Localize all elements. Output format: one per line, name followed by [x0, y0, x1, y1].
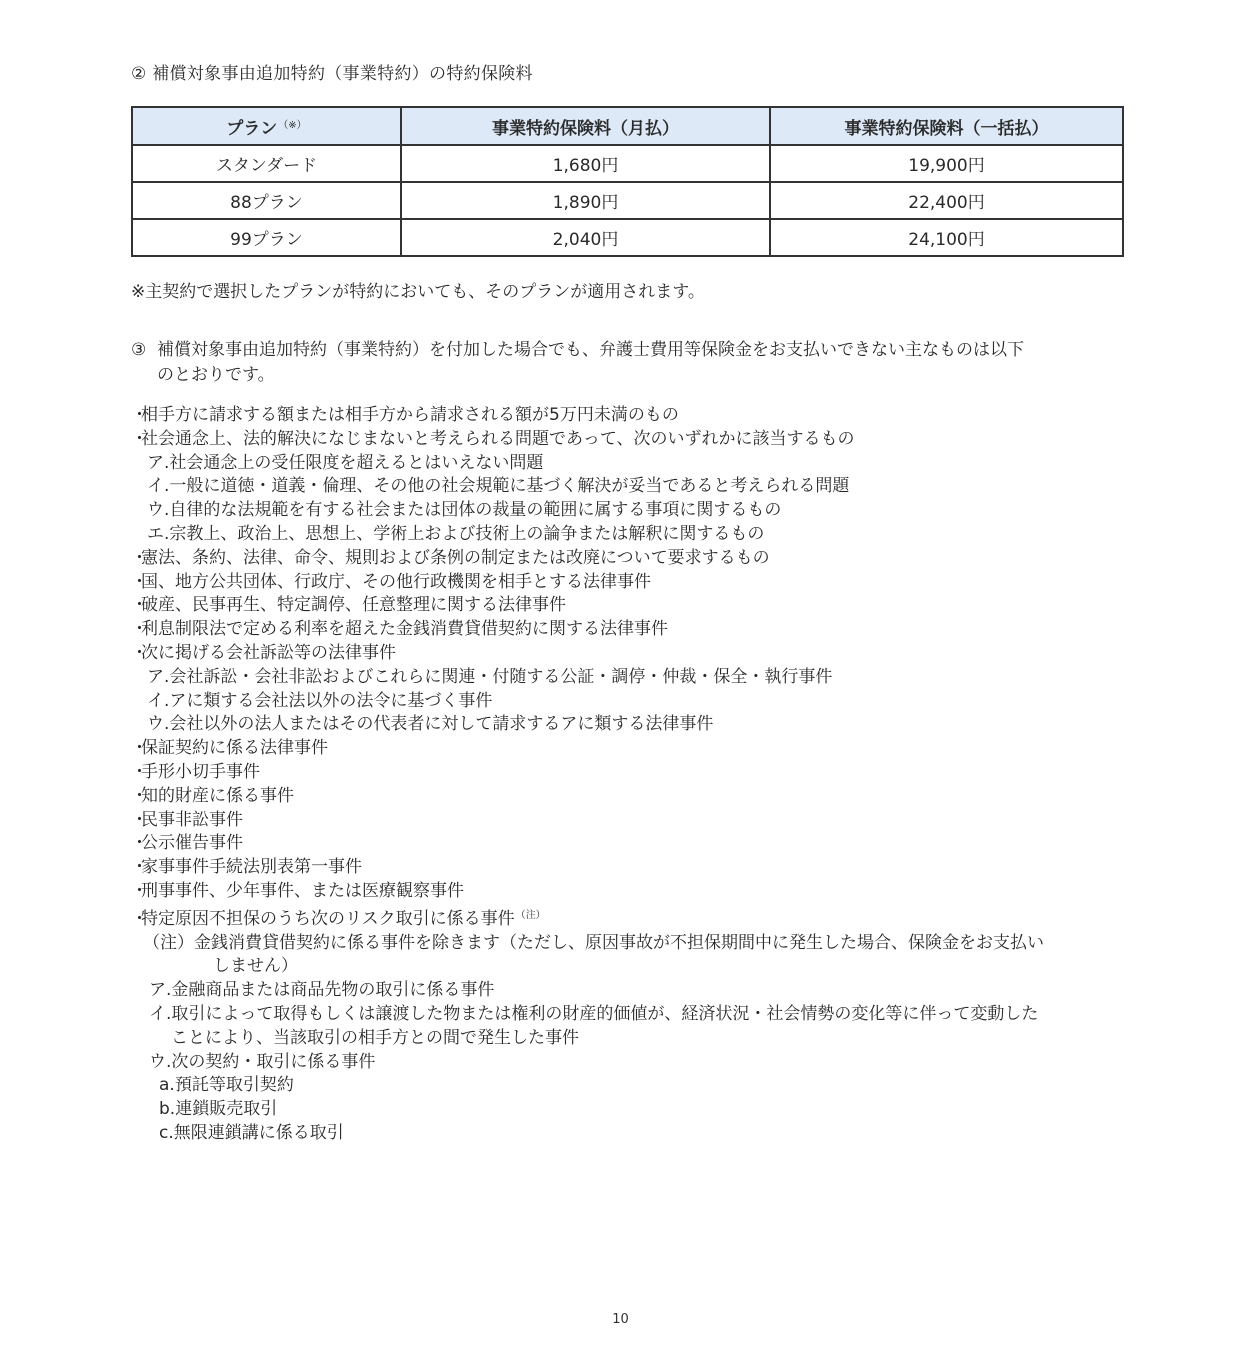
cell-monthly: 1,890円	[401, 182, 770, 219]
list-item: ・公示催告事件	[131, 832, 1121, 856]
list-item-text: 刑事事件、少年事件、または医療観察事件	[141, 881, 464, 901]
header-plan-label: プラン	[226, 119, 277, 139]
footnote-mark: （※）	[278, 120, 306, 131]
bullet: ・	[131, 908, 141, 932]
cell-plan: スタンダード	[132, 145, 401, 182]
header-lump-sum: 事業特約保険料（一括払）	[770, 107, 1123, 145]
table-header-row: プラン（※） 事業特約保険料（月払） 事業特約保険料（一括払）	[132, 107, 1123, 145]
footnote-continuation: しません）	[131, 955, 1121, 979]
list-item: ・国、地方公共団体、行政庁、その他行政機関を相手とする法律事件	[131, 571, 1121, 595]
list-item-text: 公示催告事件	[141, 833, 243, 853]
list-item: ・刑事事件、少年事件、または医療観察事件	[131, 880, 1121, 904]
list-item-text: 次に掲げる会社訴訟等の法律事件	[141, 643, 396, 663]
bullet: ・	[131, 404, 141, 428]
list-subsubitem: a.預託等取引契約	[131, 1074, 1121, 1098]
list-item: ・社会通念上、法的解決になじまないと考えられる問題であって、次のいずれかに該当す…	[131, 428, 1121, 452]
section-number: ③	[131, 338, 157, 363]
section-heading-premium: ② 補償対象事由追加特約（事業特約）の特約保険料	[131, 62, 533, 86]
list-item-text: 手形小切手事件	[141, 762, 260, 782]
list-subitem: イ.一般に道徳・道義・倫理、その他の社会規範に基づく解決が妥当であると考えられる…	[131, 475, 1121, 499]
list-item: ・手形小切手事件	[131, 761, 1121, 785]
footnote-line: （注）金銭消費貸借契約に係る事件を除きます（ただし、原因事故が不担保期間中に発生…	[131, 932, 1121, 956]
list-item-text: 相手方に請求する額または相手方から請求される額が5万円未満のもの	[141, 405, 679, 425]
list-subitem: ア.会社訴訟・会社非訟およびこれらに関連・付随する公証・調停・仲裁・保全・執行事…	[131, 666, 1121, 690]
list-item-text: 憲法、条約、法律、命令、規則および条例の制定または改廃について要求するもの	[141, 548, 770, 568]
list-subitem: ア.金融商品または商品先物の取引に係る事件	[131, 979, 1121, 1003]
list-item-text: 社会通念上、法的解決になじまないと考えられる問題であって、次のいずれかに該当する…	[141, 429, 855, 449]
cell-lump-sum: 22,400円	[770, 182, 1123, 219]
list-item: ・家事事件手続法別表第一事件	[131, 856, 1121, 880]
premium-table: プラン（※） 事業特約保険料（月払） 事業特約保険料（一括払） スタンダード 1…	[131, 106, 1124, 257]
header-monthly: 事業特約保険料（月払）	[401, 107, 770, 145]
cell-monthly: 1,680円	[401, 145, 770, 182]
list-subitem: イ.アに類する会社法以外の法令に基づく事件	[131, 690, 1121, 714]
list-subsubitem: b.連鎖販売取引	[131, 1098, 1121, 1122]
list-item-text: 国、地方公共団体、行政庁、その他行政機関を相手とする法律事件	[141, 572, 651, 592]
cell-plan: 88プラン	[132, 182, 401, 219]
list-subitem: ウ.自律的な法規範を有する社会または団体の裁量の範囲に属する事項に関するもの	[131, 499, 1121, 523]
cell-monthly: 2,040円	[401, 219, 770, 256]
list-subitem-continuation: ことにより、当該取引の相手方との間で発生した事件	[131, 1027, 1121, 1051]
bullet: ・	[131, 809, 141, 833]
bullet: ・	[131, 832, 141, 856]
footnote-mark: （注）	[516, 910, 546, 921]
bullet: ・	[131, 642, 141, 666]
list-item-text: 破産、民事再生、特定調停、任意整理に関する法律事件	[141, 595, 566, 615]
list-item: ・民事非訟事件	[131, 809, 1121, 833]
bullet: ・	[131, 594, 141, 618]
list-subitem: ウ.次の契約・取引に係る事件	[131, 1051, 1121, 1075]
cell-plan: 99プラン	[132, 219, 401, 256]
list-item: ・知的財産に係る事件	[131, 785, 1121, 809]
table-footnote: ※主契約で選択したプランが特約においても、そのプランが適用されます。	[131, 280, 705, 304]
cell-lump-sum: 19,900円	[770, 145, 1123, 182]
page-number: 10	[0, 1312, 1241, 1327]
section-heading-exclusions: ③補償対象事由追加特約（事業特約）を付加した場合でも、弁護士費用等保険金をお支払…	[131, 338, 1121, 388]
list-item-text: 特定原因不担保のうち次のリスク取引に係る事件	[141, 909, 515, 929]
table-row: 99プラン 2,040円 24,100円	[132, 219, 1123, 256]
list-subitem: ウ.会社以外の法人またはその代表者に対して請求するアに類する法律事件	[131, 713, 1121, 737]
list-item-text: 家事事件手続法別表第一事件	[141, 857, 362, 877]
list-subitem: ア.社会通念上の受任限度を超えるとはいえない問題	[131, 452, 1121, 476]
bullet: ・	[131, 785, 141, 809]
list-item: ・利息制限法で定める利率を超えた金銭消費貸借契約に関する法律事件	[131, 618, 1121, 642]
list-item: ・次に掲げる会社訴訟等の法律事件	[131, 642, 1121, 666]
bullet: ・	[131, 571, 141, 595]
list-item: ・保証契約に係る法律事件	[131, 737, 1121, 761]
bullet: ・	[131, 618, 141, 642]
exclusion-list: ・相手方に請求する額または相手方から請求される額が5万円未満のもの ・社会通念上…	[131, 404, 1121, 1146]
table-row: 88プラン 1,890円 22,400円	[132, 182, 1123, 219]
bullet: ・	[131, 880, 141, 904]
document-page: ② 補償対象事由追加特約（事業特約）の特約保険料 プラン（※） 事業特約保険料（…	[0, 0, 1241, 1359]
cell-lump-sum: 24,100円	[770, 219, 1123, 256]
bullet: ・	[131, 547, 141, 571]
list-subitem: イ.取引によって取得もしくは譲渡した物または権利の財産的価値が、経済状況・社会情…	[131, 1003, 1121, 1027]
section-title-line1: 補償対象事由追加特約（事業特約）を付加した場合でも、弁護士費用等保険金をお支払い…	[157, 340, 1024, 360]
header-plan: プラン（※）	[132, 107, 401, 145]
list-item: ・相手方に請求する額または相手方から請求される額が5万円未満のもの	[131, 404, 1121, 428]
bullet: ・	[131, 737, 141, 761]
list-item: ・憲法、条約、法律、命令、規則および条例の制定または改廃について要求するもの	[131, 547, 1121, 571]
bullet: ・	[131, 761, 141, 785]
bullet: ・	[131, 856, 141, 880]
list-item-text: 知的財産に係る事件	[141, 786, 294, 806]
list-subsubitem: c.無限連鎖講に係る取引	[131, 1122, 1121, 1146]
list-subitem: エ.宗教上、政治上、思想上、学術上および技術上の論争または解釈に関するもの	[131, 523, 1121, 547]
list-item: ・破産、民事再生、特定調停、任意整理に関する法律事件	[131, 594, 1121, 618]
table-row: スタンダード 1,680円 19,900円	[132, 145, 1123, 182]
list-item-text: 利息制限法で定める利率を超えた金銭消費貸借契約に関する法律事件	[141, 619, 668, 639]
list-item-text: 保証契約に係る法律事件	[141, 738, 328, 758]
list-item: ・特定原因不担保のうち次のリスク取引に係る事件（注）	[131, 904, 1121, 932]
bullet: ・	[131, 428, 141, 452]
section-title-line2: のとおりです。	[131, 363, 1121, 388]
list-item-text: 民事非訟事件	[141, 810, 243, 830]
